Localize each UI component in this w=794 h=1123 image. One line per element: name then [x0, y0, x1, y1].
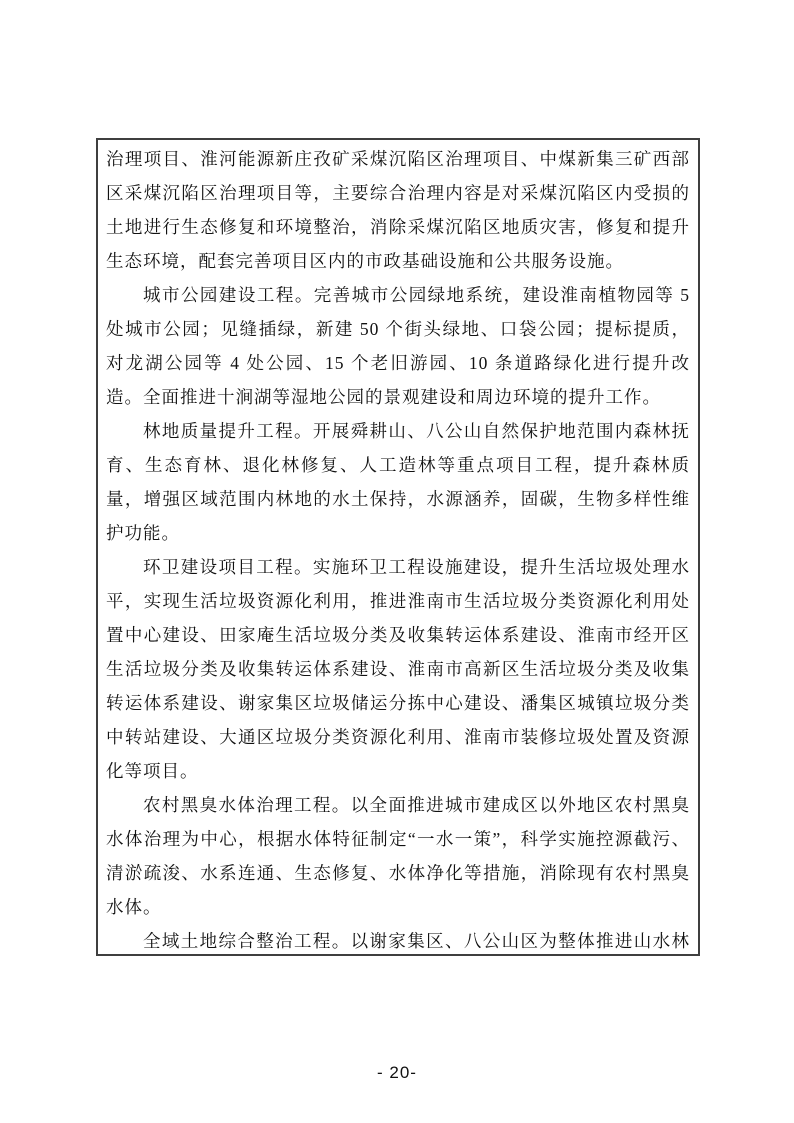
paragraph: 治理项目、淮河能源新庄孜矿采煤沉陷区治理项目、中煤新集三矿西部区采煤沉陷区治理项…: [106, 142, 690, 278]
paragraph: 林地质量提升工程。开展舜耕山、八公山自然保护地范围内森林抚育、生态育林、退化林修…: [106, 414, 690, 550]
page-number: - 20-: [0, 1063, 794, 1083]
paragraph: 农村黑臭水体治理工程。以全面推进城市建成区以外地区农村黑臭水体治理为中心，根据水…: [106, 788, 690, 924]
paragraph: 全域土地综合整治工程。以谢家集区、八公山区为整体推进山水林田湖草沙全要素修复和村…: [106, 924, 690, 956]
paragraph: 环卫建设项目工程。实施环卫工程设施建设，提升生活垃圾处理水平，实现生活垃圾资源化…: [106, 550, 690, 788]
document-page: 治理项目、淮河能源新庄孜矿采煤沉陷区治理项目、中煤新集三矿西部区采煤沉陷区治理项…: [0, 0, 794, 1123]
text-frame: 治理项目、淮河能源新庄孜矿采煤沉陷区治理项目、中煤新集三矿西部区采煤沉陷区治理项…: [96, 138, 700, 956]
paragraph: 城市公园建设工程。完善城市公园绿地系统，建设淮南植物园等 5 处城市公园；见缝插…: [106, 278, 690, 414]
